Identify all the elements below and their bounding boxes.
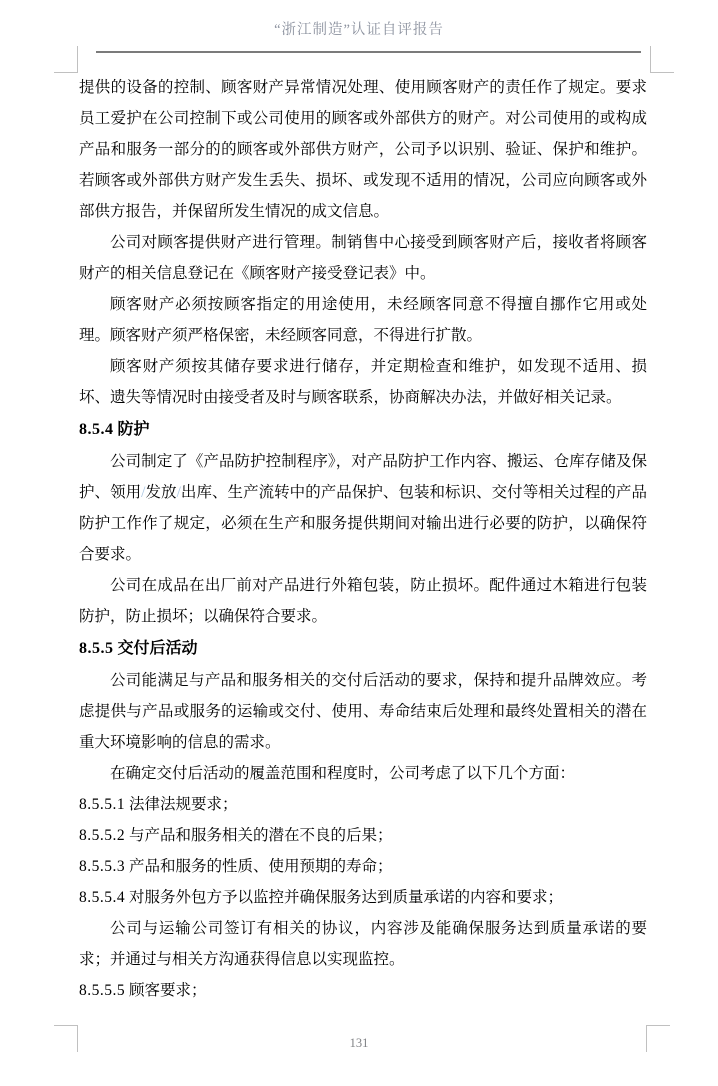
list-item-number: 8.5.5.1 xyxy=(79,796,125,813)
section-number: 8.5.4 xyxy=(79,421,114,438)
list-item: 8.5.5.2 与产品和服务相关的潜在不良的后果； xyxy=(79,820,647,851)
section-title: 交付后活动 xyxy=(114,640,198,657)
section-number: 8.5.5 xyxy=(79,640,114,657)
paragraph: 提供的设备的控制、顾客财产异常情况处理、使用顾客财产的责任作了规定。要求员工爱护… xyxy=(79,72,647,227)
paragraph: 公司对顾客提供财产进行管理。制销售中心接受到顾客财产后，接收者将顾客财产的相关信… xyxy=(79,227,647,289)
list-item-number: 8.5.5.2 xyxy=(79,827,125,844)
section-title: 防护 xyxy=(114,421,150,438)
paragraph: 顾客财产须按其储存要求进行储存，并定期检查和维护，如发现不适用、损坏、遗失等情况… xyxy=(79,351,647,413)
document-page: “浙江制造”认证自评报告 提供的设备的控制、顾客财产异常情况处理、使用顾客财产的… xyxy=(0,0,718,1086)
list-item: 8.5.5.4 对服务外包方予以监控并确保服务达到质量承诺的内容和要求； xyxy=(79,882,647,913)
header-title: “浙江制造”认证自评报告 xyxy=(0,18,718,39)
list-item-text: 产品和服务的性质、使用预期的寿命； xyxy=(125,858,392,875)
list-item-text: 顾客要求； xyxy=(125,982,206,999)
list-item-text: 对服务外包方予以监控并确保服务达到质量承诺的内容和要求； xyxy=(125,889,563,906)
paragraph-text: 发放 xyxy=(145,484,176,501)
list-item-number: 8.5.5.5 xyxy=(79,982,125,999)
paragraph: 公司能满足与产品和服务相关的交付后活动的要求，保持和提升品牌效应。考虑提供与产品… xyxy=(79,665,647,758)
list-item-text: 与产品和服务相关的潜在不良的后果； xyxy=(125,827,392,844)
list-item: 8.5.5.1 法律法规要求； xyxy=(79,789,647,820)
list-item: 8.5.5.3 产品和服务的性质、使用预期的寿命； xyxy=(79,851,647,882)
list-item-number: 8.5.5.4 xyxy=(79,889,125,906)
list-item-number: 8.5.5.3 xyxy=(79,858,125,875)
paragraph: 在确定交付后活动的履盖范围和程度时，公司考虑了以下几个方面： xyxy=(79,758,647,789)
document-body: 提供的设备的控制、顾客财产异常情况处理、使用顾客财产的责任作了规定。要求员工爱护… xyxy=(79,72,647,1006)
page-number: 131 xyxy=(0,1036,718,1051)
paragraph: 公司在成品在出厂前对产品进行外箱包装，防止损坏。配件通过木箱进行包装防护，防止损… xyxy=(79,570,647,632)
section-heading: 8.5.4 防护 xyxy=(79,413,647,446)
paragraph: 公司制定了《产品防护控制程序》，对产品防护工作内容、搬运、仓库存储及保护、领用/… xyxy=(79,446,647,570)
section-heading: 8.5.5 交付后活动 xyxy=(79,632,647,665)
list-item-text: 法律法规要求； xyxy=(125,796,237,813)
paragraph: 公司与运输公司签订有相关的协议，内容涉及能确保服务达到质量承诺的要求；并通过与相… xyxy=(79,913,647,975)
header-rule xyxy=(96,51,641,53)
list-item: 8.5.5.5 顾客要求； xyxy=(79,975,647,1006)
paragraph: 顾客财产必须按顾客指定的用途使用，未经顾客同意不得擅自挪作它用或处理。顾客财产须… xyxy=(79,289,647,351)
